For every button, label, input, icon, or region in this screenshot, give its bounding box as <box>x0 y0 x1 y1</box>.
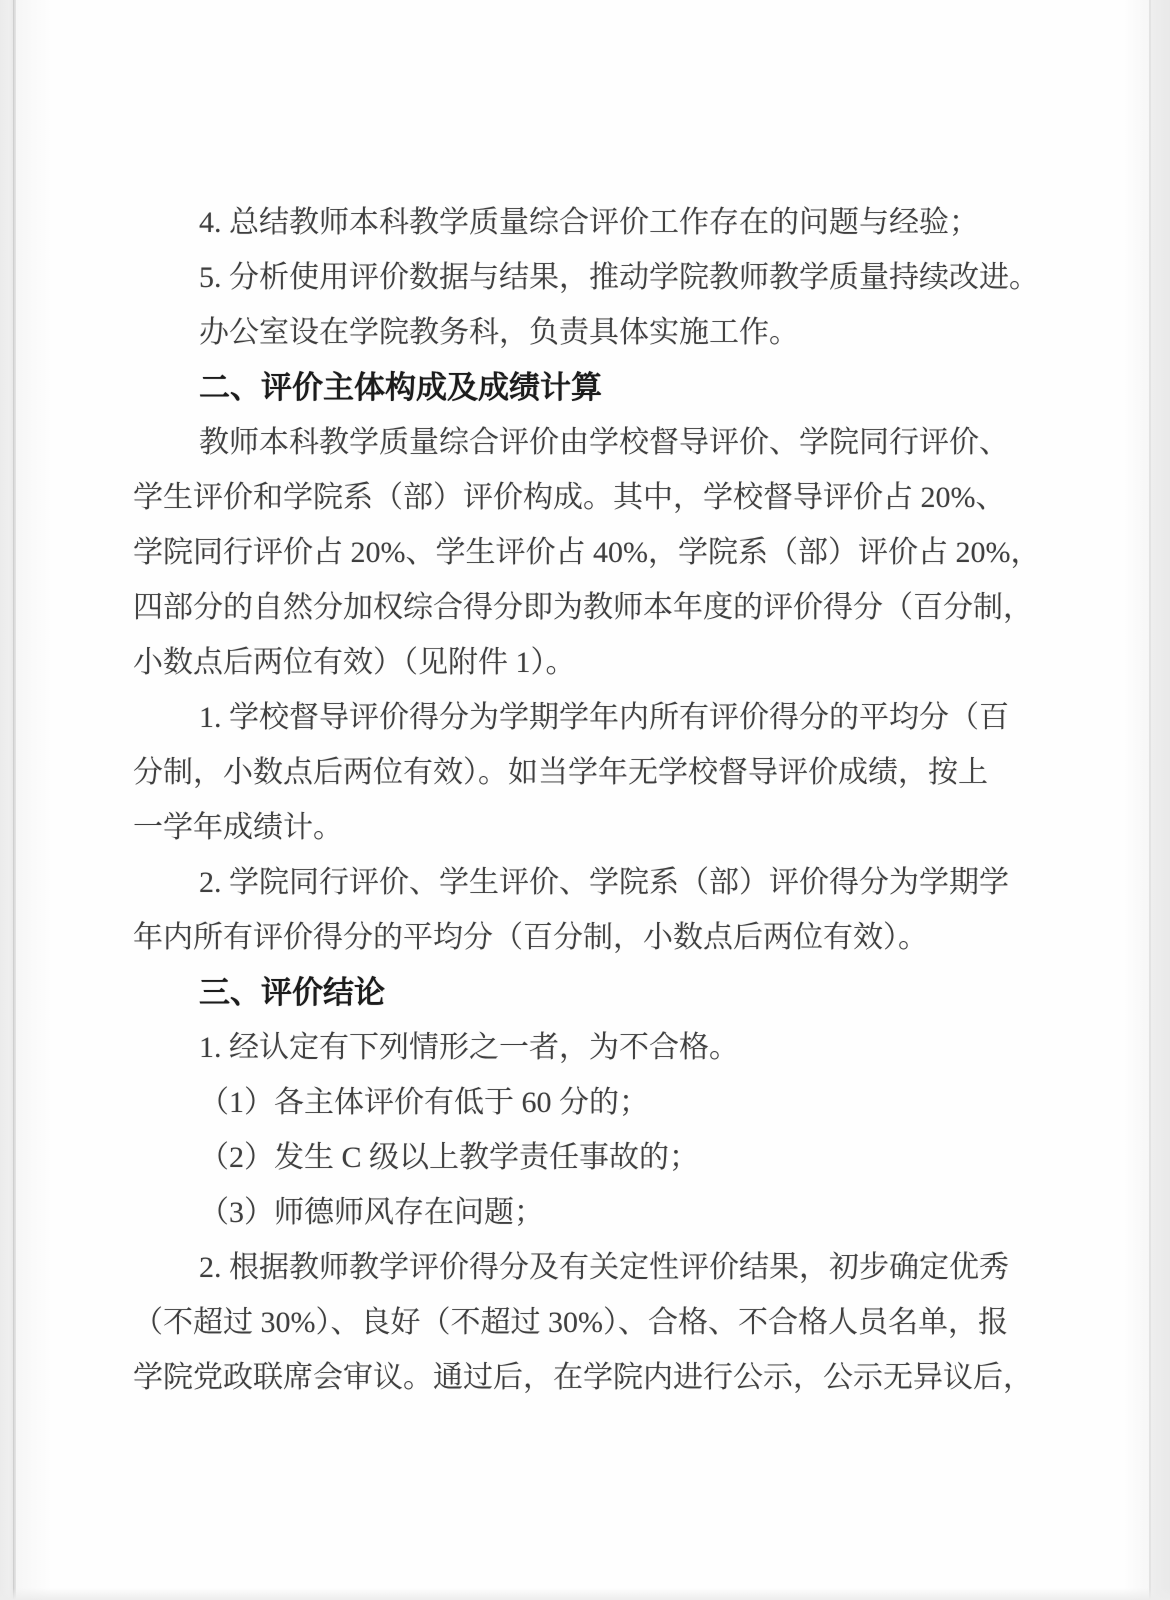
document-line: 2. 学院同行评价、学生评价、学院系（部）评价得分为学期学 <box>133 855 1048 910</box>
document-line: （不超过 30%）、良好（不超过 30%）、合格、不合格人员名单，报 <box>133 1295 1048 1350</box>
document-line: 分制，小数点后两位有效）。如当学年无学校督导评价成绩，按上 <box>133 745 1048 800</box>
section-heading-3: 三、评价结论 <box>133 965 1048 1020</box>
document-line: （1）各主体评价有低于 60 分的； <box>133 1075 1048 1130</box>
document-line: 4. 总结教师本科教学质量综合评价工作存在的问题与经验； <box>133 195 1048 250</box>
document-line: （3）师德师风存在问题； <box>133 1185 1048 1240</box>
scan-edge-right <box>1151 0 1170 1600</box>
document-line: 1. 学校督导评价得分为学期学年内所有评价得分的平均分（百 <box>133 690 1048 745</box>
scan-edge-left <box>0 0 14 1600</box>
document-body: 4. 总结教师本科教学质量综合评价工作存在的问题与经验； 5. 分析使用评价数据… <box>133 195 1048 1405</box>
document-line: 教师本科教学质量综合评价由学校督导评价、学院同行评价、 <box>133 415 1048 470</box>
scan-edge-right-fade <box>1123 0 1149 1600</box>
document-line: 一学年成绩计。 <box>133 800 1048 855</box>
document-line: 学院党政联席会审议。通过后，在学院内进行公示，公示无异议后， <box>133 1350 1048 1405</box>
document-line: 办公室设在学院教务科，负责具体实施工作。 <box>133 305 1048 360</box>
section-heading-2: 二、评价主体构成及成绩计算 <box>133 360 1048 415</box>
document-line: 学生评价和学院系（部）评价构成。其中，学校督导评价占 20%、 <box>133 470 1048 525</box>
document-line: 四部分的自然分加权综合得分即为教师本年度的评价得分（百分制， <box>133 580 1048 635</box>
document-line: 年内所有评价得分的平均分（百分制，小数点后两位有效）。 <box>133 910 1048 965</box>
document-line: 学院同行评价占 20%、学生评价占 40%，学院系（部）评价占 20%， <box>133 525 1048 580</box>
scan-edge-bottom <box>0 1588 1170 1600</box>
document-line: （2）发生 C 级以上教学责任事故的； <box>133 1130 1048 1185</box>
document-line: 5. 分析使用评价数据与结果，推动学院教师教学质量持续改进。 <box>133 250 1048 305</box>
document-line: 1. 经认定有下列情形之一者，为不合格。 <box>133 1020 1048 1075</box>
scan-edge-left-fade <box>16 0 52 1600</box>
document-line: 2. 根据教师教学评价得分及有关定性评价结果，初步确定优秀 <box>133 1240 1048 1295</box>
document-line: 小数点后两位有效）（见附件 1）。 <box>133 635 1048 690</box>
document-page: 4. 总结教师本科教学质量综合评价工作存在的问题与经验； 5. 分析使用评价数据… <box>0 0 1170 1600</box>
